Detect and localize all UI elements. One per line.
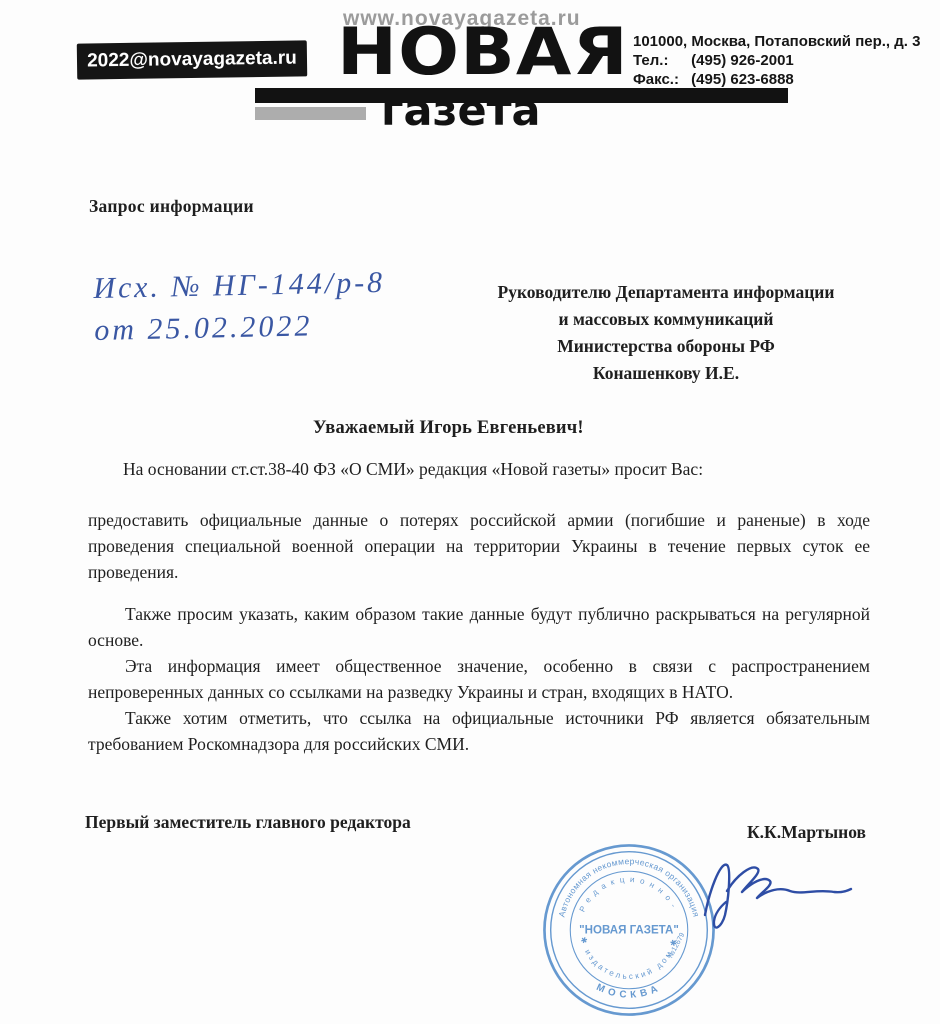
stamp-inner-ring-bottom-text: ✱ издательский дом ✱ <box>578 936 679 981</box>
paragraph-significance: Эта информация имеет общественное значен… <box>88 653 870 705</box>
scanned-letter-page: www.novayagazeta.ru 2022@novayagazeta.ru… <box>0 0 940 1024</box>
stamp-center-text: "НОВАЯ ГАЗЕТА" <box>579 923 679 937</box>
address-block: 101000, Москва, Потаповский пер., д. 3 Т… <box>633 32 920 89</box>
subject-line: Запрос информации <box>89 196 254 217</box>
paragraph-intro: На основании ст.ст.38-40 ФЗ «О СМИ» реда… <box>88 456 870 482</box>
phone-row: Тел.: (495) 926-2001 <box>633 51 920 70</box>
handwritten-ref-number: Исх. № НГ-144/р-8 <box>93 262 386 310</box>
fax-value: (495) 623-6888 <box>691 71 794 88</box>
recipient-line: Руководителю Департамента информации <box>450 279 882 306</box>
fax-label: Факс.: <box>633 70 687 89</box>
logo-novaya-text: НОВАЯ <box>337 20 629 85</box>
recipient-block: Руководителю Департамента информации и м… <box>450 279 882 387</box>
paragraph-group: Также просим указать, каким образом таки… <box>88 601 870 757</box>
logo-gray-bar <box>255 107 366 120</box>
recipient-line: Конашенкову И.Е. <box>450 360 882 387</box>
stamp-ring-bottom-text: МОСКВА <box>595 982 664 1001</box>
email-text: 2022@novayagazeta.ru <box>87 48 297 73</box>
paragraph-disclosure: Также просим указать, каким образом таки… <box>88 601 870 653</box>
salutation: Уважаемый Игорь Евгеньевич! <box>313 418 584 439</box>
signature-stroke <box>727 868 851 898</box>
stamp-inner-ring-top-text: Редакционно- <box>578 875 681 914</box>
paragraph-roskomnadzor: Также хотим отметить, что ссылка на офиц… <box>88 705 870 757</box>
recipient-line: и массовых коммуникаций <box>450 306 882 333</box>
signer-title: Первый заместитель главного редактора <box>85 812 411 833</box>
handwritten-ref-date: от 25.02.2022 <box>94 304 387 352</box>
signer-name: К.К.Мартынов <box>747 822 866 843</box>
address-line: 101000, Москва, Потаповский пер., д. 3 <box>633 32 920 51</box>
fax-row: Факс.: (495) 623-6888 <box>633 70 920 89</box>
recipient-line: Министерства обороны РФ <box>450 333 882 360</box>
phone-label: Тел.: <box>633 51 687 70</box>
logo-gazeta-text: газета <box>381 90 541 133</box>
paragraph-request: предоставить официальные данные о потеря… <box>88 507 870 585</box>
email-badge: 2022@novayagazeta.ru <box>77 40 307 79</box>
phone-value: (495) 926-2001 <box>691 52 794 69</box>
signature-stroke <box>705 865 729 928</box>
handwritten-reference: Исх. № НГ-144/р-8 от 25.02.2022 <box>93 262 386 352</box>
handwritten-signature <box>683 845 861 971</box>
